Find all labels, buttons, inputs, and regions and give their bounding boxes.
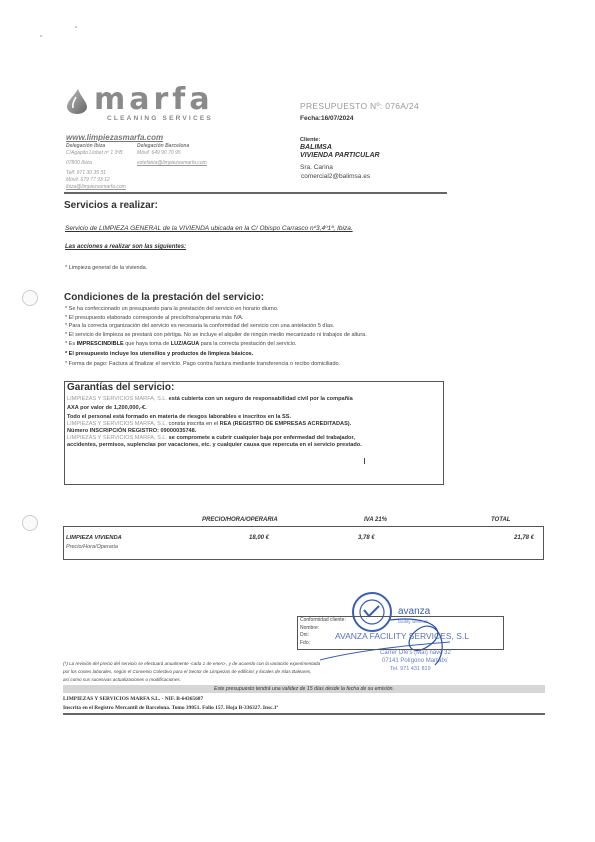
- client-name: BALIMSA: [300, 144, 380, 152]
- text: * Es: [65, 341, 77, 347]
- col-header-price: PRECIO/HORA/OPERARIA: [202, 517, 278, 523]
- ibiza-phone: Telf. 971 30 35 31: [66, 170, 126, 177]
- col-header-total: TOTAL: [491, 517, 510, 523]
- ibiza-city: 07800 Ibiza: [66, 160, 126, 167]
- text: que haya toma de: [124, 341, 171, 347]
- text: Inscrita en el Registro Mercantil de Bar…: [63, 704, 278, 713]
- ibiza-address: C/Agapito Llobet nº 1 3ºB: [66, 150, 122, 156]
- company-name: LIMPIEZAS Y SERVICIOS MARFA, S.L.: [67, 396, 167, 402]
- quote-number: PRESUPUESTO Nº: 076A/24: [300, 101, 419, 111]
- row-total: 21,78 €: [514, 535, 534, 541]
- text-cursor-mark: [364, 458, 365, 464]
- conditions-list: * Se ha confeccionado un presupuesto par…: [65, 305, 367, 368]
- row-sublabel: Precio/Hora/Operaria: [66, 544, 118, 550]
- text: accidentes, permisos, suplencias por vac…: [67, 441, 362, 449]
- brand-name: marfa: [94, 82, 214, 117]
- client-type: VIVIENDA PARTICULAR: [300, 152, 380, 160]
- guarantees-text: LIMPIEZAS Y SERVICIOS MARFA, S.L. está c…: [67, 395, 362, 449]
- barcelona-mobile: Móvil. 649 90 70 95: [137, 150, 181, 156]
- text-bold: LUZ/AGUA: [171, 341, 199, 347]
- text: REA (REGISTRO DE EMPRESAS ACREDITADAS).: [220, 421, 352, 427]
- service-description: Servicio de LIMPIEZA GENERAL de la VIVIE…: [65, 225, 353, 232]
- conformity-field: Nombre:: [300, 625, 503, 633]
- text: así como sus sucesivas actualizaciones o…: [63, 676, 320, 684]
- delegation-ibiza: Delegación Ibiza C/Agapito Llobet nº 1 3…: [66, 143, 126, 191]
- ibiza-mobile: Móvil. 679 77 93 12: [66, 177, 126, 184]
- scan-speck: [75, 26, 77, 28]
- text: AXA por valor de 1,200,000,-€.: [67, 404, 362, 412]
- client-conformity-box: Conformidad cliente: Nombre: Dni: Fdo:: [297, 616, 504, 650]
- client-contact: Sra. Carina comercial2@balimsa.es: [300, 163, 370, 181]
- col-header-iva: IVA 21%: [364, 517, 387, 523]
- condition-item: * Se ha confeccionado un presupuesto par…: [65, 305, 367, 314]
- validity-banner: Este presupuesto tendrá una validez de 1…: [63, 685, 545, 693]
- punch-hole: [22, 515, 38, 531]
- price-table: LIMPIEZA VIVIENDA Precio/Hora/Operaria 1…: [63, 526, 544, 560]
- delegation-ibiza-title: Delegación Ibiza: [66, 143, 105, 149]
- conformity-field: Conformidad cliente:: [300, 617, 503, 625]
- punch-hole: [22, 290, 38, 306]
- legal-info: LIMPIEZAS Y SERVICIOS MARFA S.L. - NIF. …: [63, 695, 278, 712]
- price-revision-note: (*) La revisión del precio del servicio …: [63, 660, 320, 683]
- delegation-barcelona-title: Delegación Barcelona: [137, 143, 189, 149]
- text: está cubierta con un seguro de responsab…: [167, 396, 353, 402]
- delegation-barcelona: Delegación Barcelona Móvil. 649 90 70 95…: [137, 143, 207, 167]
- water-drop-icon: [64, 88, 90, 114]
- row-iva: 3,78 €: [358, 535, 375, 541]
- barcelona-email[interactable]: estefania@limpiezasmarfa.com: [137, 160, 207, 167]
- text: por los costes laborales, según el Conve…: [63, 668, 320, 676]
- condition-item: * Forma de pago: Factura al finalizar el…: [65, 360, 367, 369]
- conformity-field: Fdo:: [300, 640, 503, 648]
- client-block: BALIMSA VIVIENDA PARTICULAR: [300, 144, 380, 160]
- condition-item: * El presupuesto incluye los utensilios …: [65, 350, 367, 359]
- text-bold: IMPRESCINDIBLE: [77, 341, 124, 347]
- client-label: Cliente:: [300, 137, 320, 143]
- quote-date: Fecha:16/07/2024: [300, 115, 353, 122]
- guarantees-heading: Garantías del servicio:: [67, 382, 174, 393]
- row-price: 18,00 €: [249, 535, 269, 541]
- scan-speck: [40, 35, 42, 37]
- ibiza-email[interactable]: ibiza@limpiezasmarfa.com: [66, 184, 126, 191]
- conditions-heading: Condiciones de la prestación del servici…: [64, 292, 264, 303]
- contact-email[interactable]: comercial2@balimsa.es: [300, 172, 370, 181]
- text: para la correcta prestación del servicio…: [199, 341, 296, 347]
- condition-item: * Para la correcta organización del serv…: [65, 322, 367, 331]
- text: (*) La revisión del precio del servicio …: [63, 660, 320, 668]
- row-label: LIMPIEZA VIVIENDA: [66, 535, 122, 541]
- website-link[interactable]: www.limpiezasmarfa.com: [66, 133, 163, 142]
- svg-text:Tel. 971 431 819: Tel. 971 431 819: [390, 666, 431, 672]
- action-item: * Limpieza general de la vivienda.: [65, 265, 147, 271]
- contact-name: Sra. Carina: [300, 163, 370, 172]
- brand-tagline: CLEANING SERVICES: [107, 115, 213, 122]
- text: LIMPIEZAS Y SERVICIOS MARFA S.L. - NIF. …: [63, 695, 278, 704]
- services-heading: Servicios a realizar:: [64, 200, 158, 211]
- header-divider: [64, 192, 447, 194]
- condition-item: * El presupuesto elaborado corresponde a…: [65, 314, 367, 323]
- actions-heading: Las acciones a realizar son las siguient…: [65, 244, 186, 250]
- condition-item: * Es IMPRESCINDIBLE que haya toma de LUZ…: [65, 340, 367, 349]
- condition-item: * El servicio de limpieza se prestará co…: [65, 331, 367, 340]
- footer-divider: [63, 713, 545, 715]
- guarantees-box: Garantías del servicio: LIMPIEZAS Y SERV…: [64, 381, 444, 485]
- conformity-field: Dni:: [300, 632, 503, 640]
